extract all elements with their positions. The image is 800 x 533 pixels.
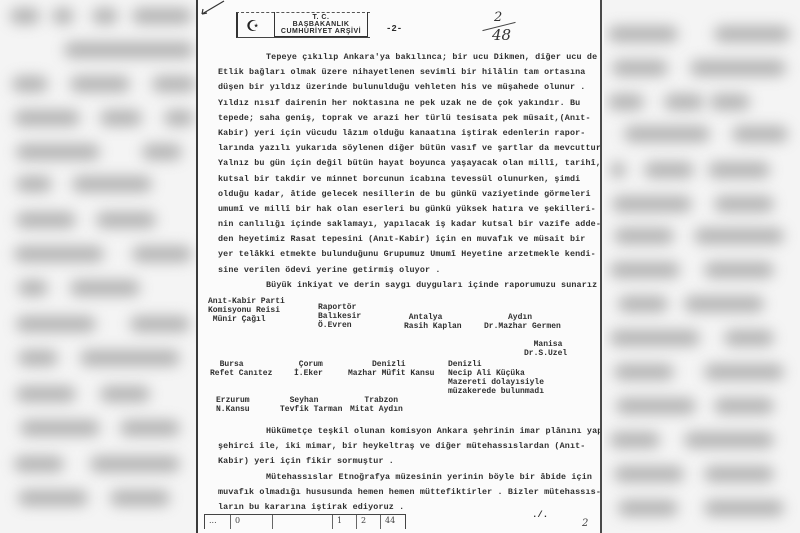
blurred-text-blob <box>100 110 142 126</box>
text-line: kutsal bir takdir ve minnet borcunun ica… <box>218 172 596 187</box>
text-line: Büyük inkiyat ve derin saygı duyguları i… <box>218 278 596 293</box>
blurred-text-blob <box>164 110 194 126</box>
signatory-line: Denizli <box>448 360 544 369</box>
blurred-text-blob <box>624 126 710 142</box>
signatory-line: Denizli <box>348 360 434 369</box>
text-line: Hükümetçe teşkil olunan komisyon Ankara … <box>218 423 596 438</box>
blurred-text-blob <box>694 228 784 244</box>
blurred-text-blob <box>610 432 660 448</box>
archive-stamp: ☪ T. C. BAŞBAKANLIK CUMHURİYET ARŞİVİ <box>236 12 370 38</box>
signatory: AntalyaRasih Kaplan <box>404 313 462 331</box>
blurred-text-blob <box>64 42 194 58</box>
blurred-text-blob <box>610 330 700 346</box>
signatory-line: Erzurum <box>216 396 250 405</box>
blurred-text-blob <box>616 398 696 414</box>
signatory-name: Mazhar Müfit Kansu <box>348 369 434 378</box>
archive-code-cell: ... <box>205 515 231 529</box>
text-line: Mütehassıslar Etnoğrafya müzesinin yerin… <box>218 469 596 484</box>
blurred-text-blob <box>16 144 100 160</box>
blurred-text-blob <box>16 212 76 228</box>
signatory-line: Mazereti dolayısiyle <box>448 378 544 387</box>
blurred-text-blob <box>14 456 64 472</box>
report-body: Tepeye çıkılıp Ankara'ya bakılınca; bir … <box>218 50 596 293</box>
blurred-text-blob <box>714 398 774 414</box>
text-line: Etlik bağları olmak üzere nihayetlenen s… <box>218 65 596 80</box>
document-page: ☪ T. C. BAŞBAKANLIK CUMHURİYET ARŞİVİ -2… <box>196 0 602 533</box>
blurred-text-blob <box>120 420 180 436</box>
blurred-text-blob <box>72 176 152 192</box>
signatory-line: Raportör <box>318 303 361 312</box>
text-line: sine verilen ödevi yerine getirmiş oluyo… <box>218 263 596 278</box>
signatory-line: Bursa <box>210 360 272 369</box>
blurred-text-blob <box>10 8 40 24</box>
text-line: muvafık olmadığı hususunda hemen hemen m… <box>218 484 596 499</box>
text-line: Kabir) yeri için fikir sormuştur . <box>218 453 596 468</box>
blurred-text-blob <box>608 94 644 110</box>
signatory: RaportörBalıkesirÖ.Evren <box>318 303 361 330</box>
blurred-text-blob <box>708 162 770 178</box>
signatory: BursaRefet Canıtez <box>210 360 272 378</box>
blurred-text-blob <box>608 26 678 42</box>
blurred-text-blob <box>612 196 692 212</box>
signatory-name: Münir Çağıl <box>208 315 285 324</box>
stamp-text: T. C. BAŞBAKANLIK CUMHURİYET ARŞİVİ <box>274 12 368 37</box>
blurred-text-blob <box>16 386 76 402</box>
archive-code-cell: 0 <box>231 515 273 529</box>
blurred-text-blob <box>18 280 48 296</box>
blurred-text-blob <box>664 94 704 110</box>
blurred-text-blob <box>110 490 170 506</box>
blurred-text-blob <box>92 8 118 24</box>
blurred-background-right <box>604 0 800 533</box>
signatory: SeyhanTevfik Tarman <box>280 396 342 414</box>
blurred-text-blob <box>714 26 790 42</box>
blurred-text-blob <box>614 228 674 244</box>
archive-code-cell: 1 <box>333 515 357 529</box>
text-line: Yıldız nısıf dairenin her noktasına ne p… <box>218 96 596 111</box>
blurred-text-blob <box>20 420 100 436</box>
signatory-line: Antalya <box>404 313 462 322</box>
blurred-text-blob <box>18 490 88 506</box>
blurred-text-blob <box>704 466 774 482</box>
blurred-text-blob <box>132 246 192 262</box>
blurred-text-blob <box>96 212 156 228</box>
signatory: Anıt-Kabir PartiKomisyonu Reisi Münir Ça… <box>208 297 285 324</box>
signatory-line: Manisa <box>524 340 567 349</box>
archive-code-box: ...01244 <box>204 514 406 529</box>
blurred-text-blob <box>684 296 764 312</box>
blurred-text-blob <box>732 126 788 142</box>
signatory: DenizliNecip Ali KüçükaMazereti dolayısi… <box>448 360 544 396</box>
blurred-text-blob <box>14 246 104 262</box>
signatory-name: Rasih Kaplan <box>404 322 462 331</box>
handwritten-top: 2 <box>494 10 502 25</box>
signatory: DenizliMazhar Müfit Kansu <box>348 360 434 378</box>
signatory: ManisaDr.S.Uzel <box>524 340 567 358</box>
report-paragraph-2: Hükümetçe teşkil olunan komisyon Ankara … <box>218 423 596 514</box>
blurred-text-blob <box>14 110 80 126</box>
archive-code-cell: 2 <box>357 515 381 529</box>
blurred-text-blob <box>710 94 750 110</box>
stamp-line-basbakanlik: BAŞBAKANLIK <box>275 21 367 28</box>
blurred-text-blob <box>90 456 180 472</box>
crescent-star-icon: ☪ <box>246 17 259 35</box>
signatory-line: müzakerede bulunmadı <box>448 387 544 396</box>
signatory-line: Seyhan <box>280 396 342 405</box>
signatory: TrabzonMitat Aydın <box>350 396 403 414</box>
signatory-name: Mitat Aydın <box>350 405 403 414</box>
signatory-line: Necip Ali Küçüka <box>448 369 544 378</box>
blurred-text-blob <box>644 162 694 178</box>
signatory-name: İ.Eker <box>294 369 323 378</box>
blurred-text-blob <box>152 76 196 92</box>
blurred-text-blob <box>714 196 774 212</box>
blurred-text-blob <box>610 262 680 278</box>
blurred-text-blob <box>704 364 784 380</box>
page-number: -2- <box>386 24 402 34</box>
blurred-text-blob <box>70 76 130 92</box>
signatory: AydınDr.Mazhar Germen <box>484 313 561 331</box>
text-line: şehirci ile, iki mimar, bir heykeltraş v… <box>218 438 596 453</box>
blurred-text-blob <box>12 76 48 92</box>
blurred-text-blob <box>690 60 786 76</box>
signatory-name: Dr.S.Uzel <box>524 349 567 358</box>
text-line: yer telâkki etmekte bulunduğunu Grupumuz… <box>218 247 596 262</box>
blurred-text-blob <box>16 176 52 192</box>
corner-number: 2 <box>582 518 588 529</box>
signatory-line: Trabzon <box>350 396 403 405</box>
text-line: umumî ve millî bir hak olan eserleri bu … <box>218 202 596 217</box>
blurred-text-blob <box>612 60 668 76</box>
blurred-text-blob <box>100 386 150 402</box>
continuation-mark: ./. <box>532 510 548 520</box>
blurred-text-blob <box>52 8 74 24</box>
signatory-line: Balıkesir <box>318 312 361 321</box>
blurred-text-blob <box>614 364 674 380</box>
text-line: larında yazılı yukarıda söylenen diğer b… <box>218 141 596 156</box>
text-line: tepede; saha geniş, toprak ve arazi her … <box>218 111 596 126</box>
blurred-text-blob <box>610 162 626 178</box>
blurred-text-blob <box>142 144 182 160</box>
handwritten-bottom: 48 <box>492 26 511 44</box>
blurred-text-blob <box>18 350 58 366</box>
blurred-text-blob <box>80 350 180 366</box>
handwritten-reference: 2 48 <box>480 12 520 42</box>
blurred-text-blob <box>704 500 784 516</box>
signatory-name: N.Kansu <box>216 405 250 414</box>
text-line: Tepeye çıkılıp Ankara'ya bakılınca; bir … <box>218 50 596 65</box>
blurred-text-blob <box>618 296 668 312</box>
blurred-text-blob <box>614 466 684 482</box>
text-line: olduğu kadar, âtide gelecek nesillerin d… <box>218 187 596 202</box>
text-line: nin canlılığı içinde saklamayı, yapılaca… <box>218 217 596 232</box>
text-line: düşen bir yıldız üzerinde bulunulduğu ve… <box>218 80 596 95</box>
archive-code-cell <box>273 515 333 529</box>
signatory-line: Aydın <box>484 313 561 322</box>
blurred-text-blob <box>618 500 678 516</box>
archive-code-cell: 44 <box>381 515 405 529</box>
blurred-text-blob <box>684 432 774 448</box>
text-line: den heyetimiz Rasat tepesini (Anıt-Kabir… <box>218 232 596 247</box>
signatory: Çorumİ.Eker <box>294 360 323 378</box>
signatory-line: Anıt-Kabir Parti <box>208 297 285 306</box>
signatory-line: Çorum <box>294 360 323 369</box>
signatory-name: Tevfik Tarman <box>280 405 342 414</box>
corner-arrow-mark <box>200 0 226 16</box>
blurred-text-blob <box>130 316 190 332</box>
stamp-line-tc: T. C. <box>275 14 367 21</box>
blurred-background-left <box>0 0 196 533</box>
text-line: Yalnız bu gün için değil bütün hayat boy… <box>218 156 596 171</box>
signatory-name: Refet Canıtez <box>210 369 272 378</box>
blurred-text-blob <box>132 8 192 24</box>
blurred-text-blob <box>724 330 774 346</box>
stamp-line-arsiv: CUMHURİYET ARŞİVİ <box>275 28 367 35</box>
text-line: Kabir) yeri için vücudu lâzım olduğu kan… <box>218 126 596 141</box>
blurred-text-blob <box>16 316 96 332</box>
signatory-line: Komisyonu Reisi <box>208 306 285 315</box>
signatory-name: Ö.Evren <box>318 321 361 330</box>
signatory-name: Dr.Mazhar Germen <box>484 322 561 331</box>
blurred-text-blob <box>704 262 774 278</box>
blurred-text-blob <box>70 280 140 296</box>
signatory: ErzurumN.Kansu <box>216 396 250 414</box>
